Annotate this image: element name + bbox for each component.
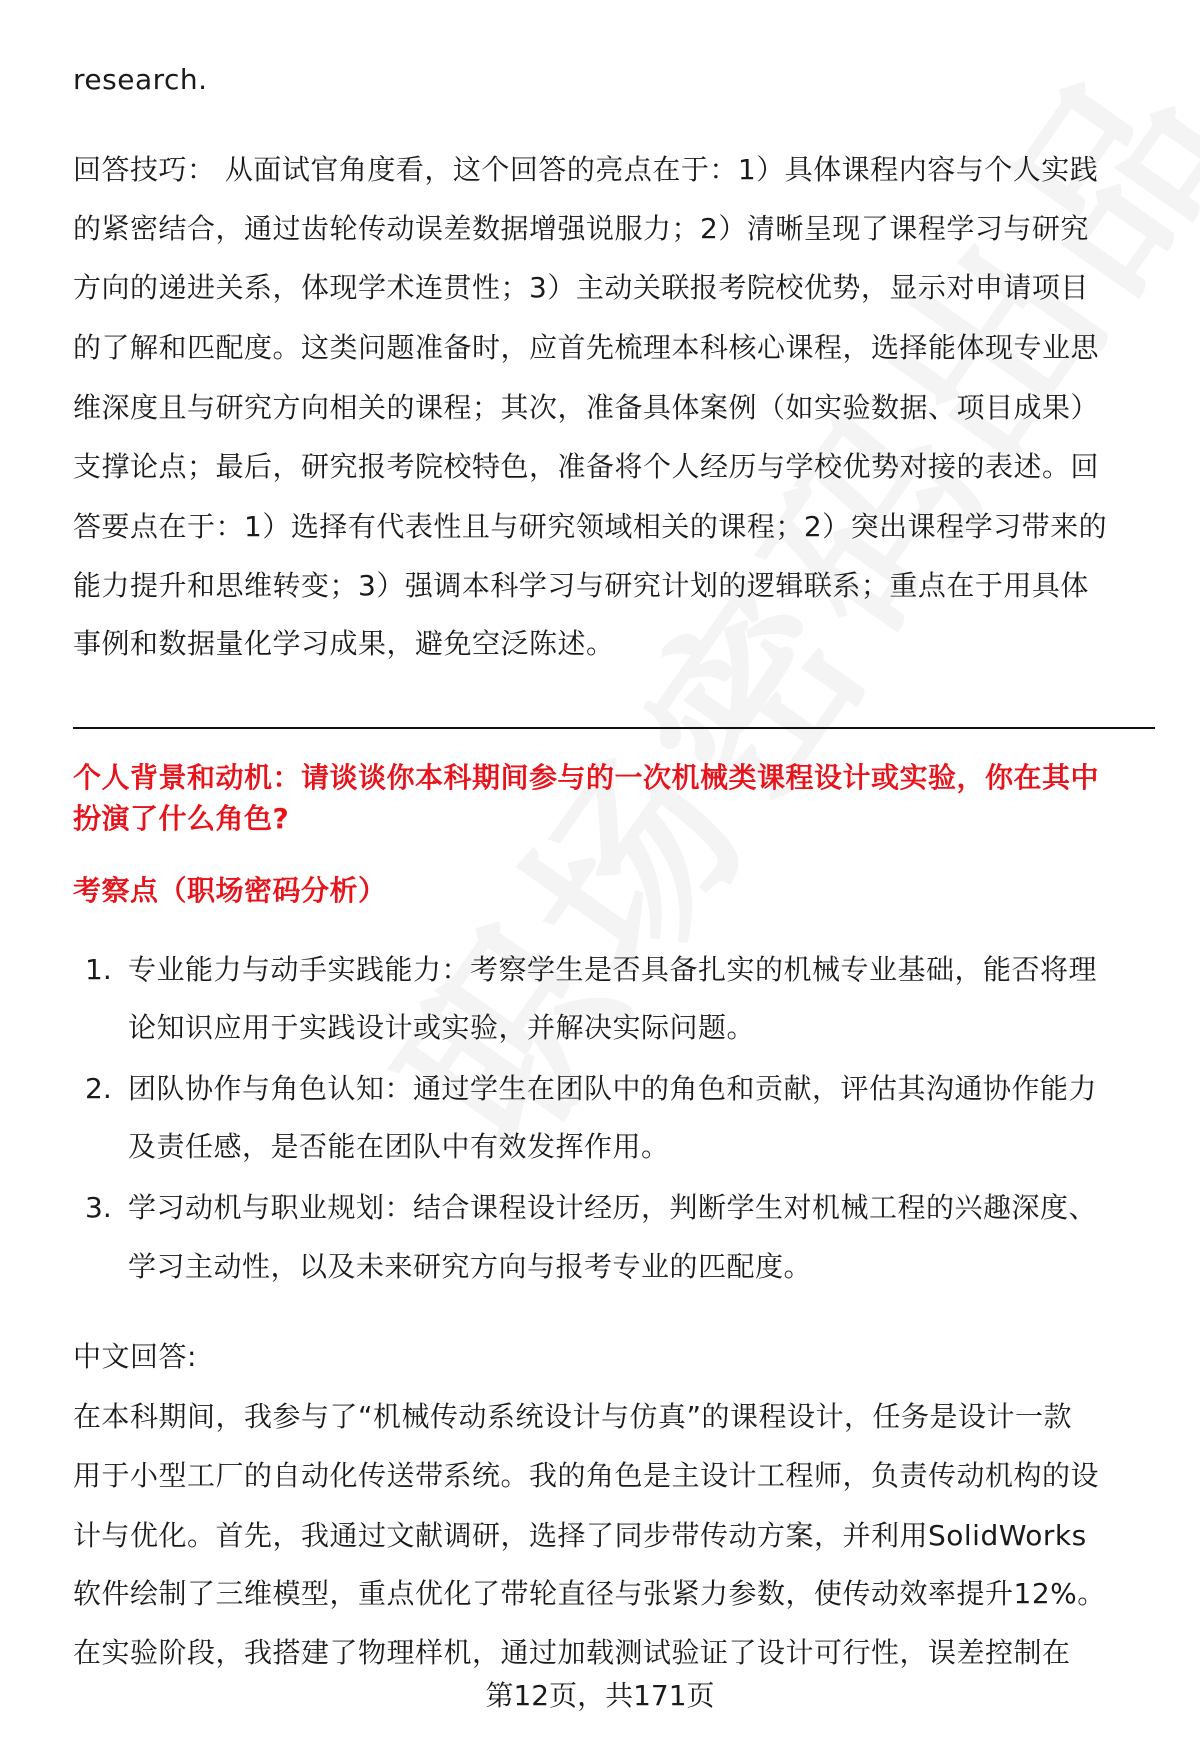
answer-label: 中文回答: — [73, 1337, 1163, 1377]
list-text: 团队协作与角色认知：通过学生在团队中的角色和贡献，评估其沟通协作能力 — [128, 1069, 1200, 1109]
list-number: 1. — [85, 950, 112, 990]
tips-line: 的了解和匹配度。这类问题准备时，应首先梳理本科核心课程，选择能体现专业思 — [73, 328, 1163, 368]
answer-line: 用于小型工厂的自动化传送带系统。我的角色是主设计工程师，负责传动机构的设 — [73, 1456, 1163, 1496]
tips-line: 支撑论点；最后，研究报考院校特色，准备将个人经历与学校优势对接的表述。回 — [73, 447, 1163, 487]
answer-line: 计与优化。首先，我通过文献调研，选择了同步带传动方案，并利用SolidWorks — [73, 1516, 1163, 1556]
tips-line: 事例和数据量化学习成果，避免空泛陈述。 — [73, 624, 1163, 664]
list-text: 论知识应用于实践设计或实验，并解决实际问题。 — [128, 1008, 1200, 1048]
tips-line: 能力提升和思维转变；3）强调本科学习与研究计划的逻辑联系；重点在于用具体 — [73, 566, 1163, 606]
section-divider — [73, 727, 1155, 729]
tips-line: 答要点在于：1）选择有代表性且与研究领域相关的课程；2）突出课程学习带来的 — [73, 507, 1163, 547]
previous-text-tail: research. — [73, 60, 1163, 100]
answer-line: 在本科期间，我参与了“机械传动系统设计与仿真”的课程设计，任务是设计一款 — [73, 1397, 1163, 1437]
list-text: 学习动机与职业规划：结合课程设计经历，判断学生对机械工程的兴趣深度、 — [128, 1188, 1200, 1228]
list-number: 3. — [85, 1188, 112, 1228]
answer-line: 在实验阶段，我搭建了物理样机，通过加载测试验证了设计可行性，误差控制在 — [73, 1633, 1163, 1673]
exam-points-heading: 考察点（职场密码分析） — [73, 871, 1163, 911]
answer-line: 软件绘制了三维模型，重点优化了带轮直径与张紧力参数，使传动效率提升12%。 — [73, 1574, 1163, 1614]
tips-line: 的紧密结合，通过齿轮传动误差数据增强说服力；2）清晰呈现了课程学习与研究 — [73, 209, 1163, 249]
document-page: 职场密码出品 research. 回答技巧： 从面试官角度看，这个回答的亮点在于… — [0, 0, 1200, 1755]
list-text: 学习主动性，以及未来研究方向与报考专业的匹配度。 — [128, 1247, 1200, 1287]
tips-line: 方向的递进关系，体现学术连贯性；3）主动关联报考院校优势，显示对申请项目 — [73, 268, 1163, 308]
tips-line: 回答技巧： 从面试官角度看，这个回答的亮点在于：1）具体课程内容与个人实践 — [73, 150, 1163, 190]
list-text: 及责任感，是否能在团队中有效发挥作用。 — [128, 1127, 1200, 1167]
page-number: 第12页，共171页 — [0, 1676, 1200, 1716]
question-line: 扮演了什么角色? — [73, 799, 1163, 839]
question-line: 个人背景和动机：请谈谈你本科期间参与的一次机械类课程设计或实验，你在其中 — [73, 758, 1163, 798]
list-text: 专业能力与动手实践能力：考察学生是否具备扎实的机械专业基础，能否将理 — [128, 950, 1200, 990]
list-number: 2. — [85, 1069, 112, 1109]
tips-line: 维深度且与研究方向相关的课程；其次，准备具体案例（如实验数据、项目成果） — [73, 388, 1163, 428]
